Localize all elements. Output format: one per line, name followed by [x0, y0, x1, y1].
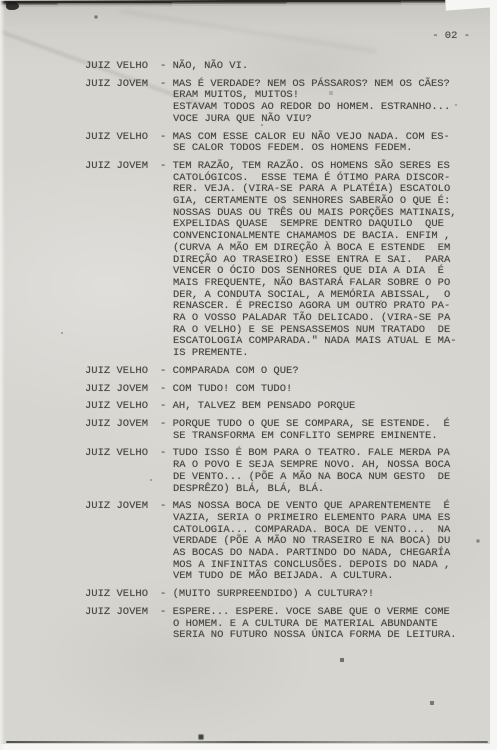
speaker-label: JUIZ JOVEM — [85, 79, 160, 126]
dialogue-block: JUIZ JOVEM - MAS NOSSA BOCA DE VENTO QUE… — [85, 501, 475, 583]
speaker-label: JUIZ JOVEM — [85, 607, 160, 642]
dialogue-text: - (MUITO SURPREENDIDO) A CULTURA?! — [160, 589, 475, 601]
scan-margin-bottom — [0, 744, 497, 750]
dialogue-text: - MAS É VERDADE? NEM OS PÁSSAROS? NEM OS… — [160, 79, 475, 126]
scan-margin-right — [490, 0, 497, 750]
dialogue-text: - COMPARADA COM O QUE? — [160, 366, 475, 378]
dialogue-text: - NÃO, NÃO VI. — [160, 61, 475, 73]
dialogue-block: JUIZ VELHO - NÃO, NÃO VI. — [85, 61, 475, 73]
dialogue-block: JUIZ JOVEM - PORQUE TUDO O QUE SE COMPAR… — [85, 419, 475, 442]
speaker-label: JUIZ JOVEM — [85, 501, 160, 583]
dialogue-block: JUIZ VELHO - AH, TALVEZ BEM PENSADO PORQ… — [85, 401, 475, 413]
dialogue-text: - COM TUDO! COM TUDO! — [160, 384, 475, 396]
dialogue-block: JUIZ VELHO - COMPARADA COM O QUE? — [85, 366, 475, 378]
dialogue-block: JUIZ JOVEM - TEM RAZÃO, TEM RAZÃO. OS HO… — [85, 161, 475, 360]
speaker-label: JUIZ VELHO — [85, 61, 160, 73]
speaker-label: JUIZ VELHO — [85, 366, 160, 378]
speaker-label: JUIZ VELHO — [85, 132, 160, 155]
dialogue-text: - ESPERE... ESPERE. VOCE SABE QUE O VERM… — [160, 607, 475, 642]
page-number: - 02 - — [432, 30, 470, 42]
page-top-edge — [0, 0, 491, 9]
dialogue-block: JUIZ VELHO - TUDO ISSO É BOM PARA O TEAT… — [85, 448, 475, 495]
dialogue-text: - MAS COM ESSE CALOR EU NÃO VEJO NADA. C… — [160, 132, 475, 155]
ink-blot — [6, 2, 19, 10]
page-bottom-edge — [6, 741, 488, 744]
script-page: - 02 - JUIZ VELHO - NÃO, NÃO VI. JUIZ JO… — [0, 0, 497, 750]
speaker-label: JUIZ VELHO — [85, 448, 160, 495]
dialogue-block: JUIZ VELHO - MAS COM ESSE CALOR EU NÃO V… — [85, 132, 475, 155]
speaker-label: JUIZ VELHO — [85, 401, 160, 413]
speaker-label: JUIZ JOVEM — [85, 384, 160, 396]
dialogue-text: - PORQUE TUDO O QUE SE COMPARA, SE ESTEN… — [160, 419, 475, 442]
dialogue-block: JUIZ JOVEM - MAS É VERDADE? NEM OS PÁSSA… — [85, 79, 475, 126]
dialogue-block: JUIZ VELHO - (MUITO SURPREENDIDO) A CULT… — [85, 589, 475, 601]
scan-margin-left — [0, 0, 5, 750]
dialogue-block: JUIZ JOVEM - COM TUDO! COM TUDO! — [85, 384, 475, 396]
speaker-label: JUIZ VELHO — [85, 589, 160, 601]
dialogue-column: JUIZ VELHO - NÃO, NÃO VI. JUIZ JOVEM - M… — [85, 61, 475, 648]
dialogue-text: - TEM RAZÃO, TEM RAZÃO. OS HOMENS SÃO SE… — [160, 161, 475, 360]
paper-crease — [120, 10, 377, 53]
speaker-label: JUIZ JOVEM — [85, 419, 160, 442]
speaker-label: JUIZ JOVEM — [85, 161, 160, 360]
dialogue-text: - AH, TALVEZ BEM PENSADO PORQUE — [160, 401, 475, 413]
dialogue-text: - TUDO ISSO É BOM PARA O TEATRO. FALE ME… — [160, 448, 475, 495]
dialogue-block: JUIZ JOVEM - ESPERE... ESPERE. VOCE SABE… — [85, 607, 475, 642]
dialogue-text: - MAS NOSSA BOCA DE VENTO QUE APARENTEME… — [160, 501, 475, 583]
